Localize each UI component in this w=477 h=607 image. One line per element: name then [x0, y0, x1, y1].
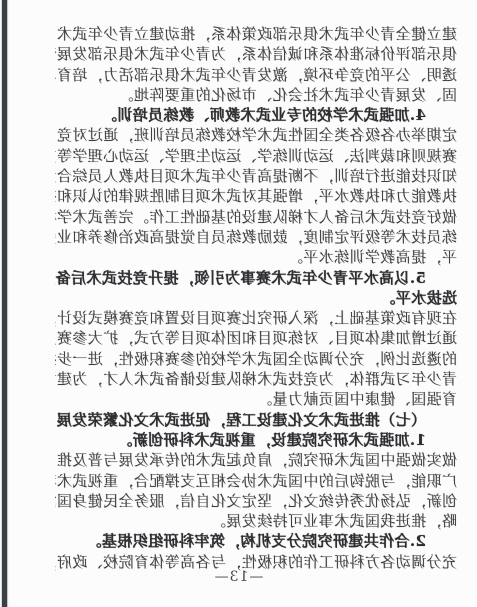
text-line: 育强国、健康中国贡献力量。 [55, 389, 457, 409]
text-line: 俱乐部评价标准体系和诚信体系，为青少年武术俱乐部发展营造 [55, 44, 457, 64]
mirrored-scan-content: 建立健全青少年武术俱乐部政策体系，推动建立青少年武术俱乐部评价标准体系和诚信体系… [0, 0, 477, 607]
text-line: 练员技术等级评定制度，鼓励教练员自觉提高政治修养和业务水 [55, 227, 457, 247]
text-line: 赛规则和裁判法、运动训练学、运动生理学、运动心理学等方面 [55, 146, 457, 166]
page-number: —13— [0, 569, 477, 585]
heading-line: 4.加强武术学校的专业武术教师、教练员培训。 [55, 105, 457, 125]
text-line: 建立健全青少年武术俱乐部政策体系，推动建立青少年武术 [55, 24, 457, 44]
text-line: 在现有政策基础上，深入研究比赛项目设置和竞赛模式设计， [55, 308, 457, 328]
scan-edge-artifact [2, 0, 7, 607]
heading-line: 2.合作共建研究院分支机构，筑牢科研组织根基。 [55, 531, 457, 551]
text-line: 定期举办各级各类全国性武术学校教练员培训班，通过对竞 [55, 125, 457, 145]
heading-line: 5.以高水平青少年武术赛事为引领，提升竞技武术后备人才 [55, 268, 457, 288]
text-line: 知识技能进行培训，不断提高青少年武术项目执教人员综合素质， [55, 166, 457, 186]
text-line: 执教能力和执教水平，增强其对武术项目制胜规律的认识和把握， [55, 186, 457, 206]
heading-line: （七）推进武术文化建设工程，促进武术文化繁荣发展 [55, 410, 457, 430]
text-line: 创新，弘扬优秀传统文化，坚定文化自信，服务全民健身国家战 [55, 491, 457, 511]
text-line: 透明、公平的竞争环境，激发青少年武术俱乐部活力，培育、巩 [55, 65, 457, 85]
heading-line: 1.加强武术研究院建设，重视武术科研创新。 [55, 430, 457, 450]
text-line: 广职能，与脱钩后的中国武术协会相互支撑配合，重视武术科研 [55, 471, 457, 491]
text-line: 青少年习武群体，为竞技武术梯队建设储备武术人才，为建设体 [55, 369, 457, 389]
text-line: 平，提高教学训练水平。 [55, 247, 457, 267]
text-line: 的遴选比例，充分调动全国武术学校的参赛积极性，进一步扩大 [55, 349, 457, 369]
text-line: 固、发展青少年武术社会化、市场化的重要阵地。 [55, 85, 457, 105]
document-page: 建立健全青少年武术俱乐部政策体系，推动建立青少年武术俱乐部评价标准体系和诚信体系… [0, 0, 477, 607]
text-block: 建立健全青少年武术俱乐部政策体系，推动建立青少年武术俱乐部评价标准体系和诚信体系… [55, 24, 457, 572]
text-line: 做好竞技武术后备人才梯队建设的基础性工作。完善武术学校教 [55, 207, 457, 227]
text-line: 略，推进我国武术事业可持续发展。 [55, 511, 457, 531]
heading-line: 选拔水平。 [55, 288, 457, 308]
text-line: 通过增加集体项目、对练项目和团体项目等方式，扩大参赛人员 [55, 328, 457, 348]
text-line: 做实做强中国武术研究院，肩负起武术的传承发展与普及推 [55, 450, 457, 470]
